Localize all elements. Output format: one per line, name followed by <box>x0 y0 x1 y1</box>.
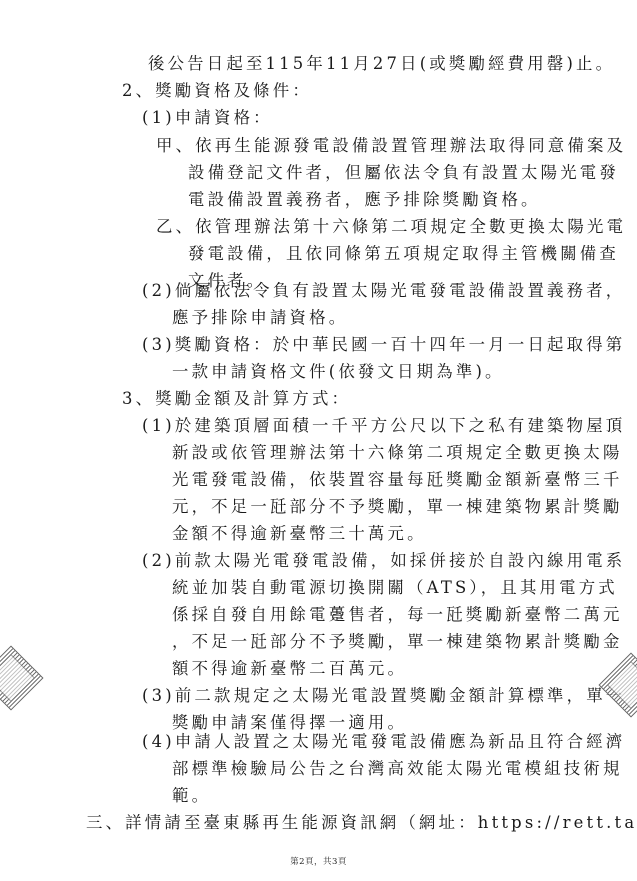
text-line: 甲、依再生能源發電設備設置管理辦法取得同意備案及 <box>156 136 626 156</box>
text-line: 獎勵申請案僅得擇一適用。 <box>172 713 407 733</box>
text-line: 額不得逾新臺幣二百萬元。 <box>172 659 407 679</box>
text-line: (2)倘屬依法令負有設置太陽光電發電設備設置義務者， <box>142 281 625 301</box>
text-line: (3)前二款規定之太陽光電設置獎勵金額計算標準，單一 <box>142 686 625 706</box>
text-line: 3、獎勵金額及計算方式： <box>122 389 351 409</box>
text-line: 發電設備，且依同條第五項規定取得主管機關備查 <box>188 244 619 264</box>
text-line: 範。 <box>172 786 211 806</box>
text-line: (4)申請人設置之太陽光電發電設備應為新品且符合經濟 <box>142 732 625 752</box>
text-line: (3)獎勵資格：於中華民國一百十四年一月一日起取得第 <box>142 335 625 355</box>
text-line: 金額不得逾新臺幣三十萬元。 <box>172 524 427 544</box>
text-line: 一款申請資格文件(依發文日期為準)。 <box>172 362 505 382</box>
text-line: 設備登記文件者，但屬依法令負有設置太陽光電發 <box>188 163 619 183</box>
seal-stamp-right <box>598 652 637 717</box>
text-line: 統並加裝自動電源切換開關（ATS），且其用電方式 <box>172 578 618 598</box>
text-line: 元，不足一瓩部分不予獎勵，單一棟建築物累計獎勵 <box>172 497 623 517</box>
page-number: 第2頁，共3頁 <box>0 855 637 867</box>
text-line: 係採自發自用餘電躉售者，每一瓩獎勵新臺幣二萬元 <box>172 605 623 625</box>
text-line: 電設備設置義務者，應予排除獎勵資格。 <box>188 190 541 210</box>
text-line: 後公告日起至115年11月27日(或獎勵經費用罄)止。 <box>148 54 615 74</box>
text-line: 部標準檢驗局公告之台灣高效能太陽光電模組技術規 <box>172 759 623 779</box>
text-line: 三、詳情請至臺東縣再生能源資訊網（網址：https://rett.taitung… <box>86 813 637 833</box>
text-line: (2)前款太陽光電發電設備，如採併接於自設內線用電系 <box>142 551 625 571</box>
text-line: 光電發電設備，依裝置容量每瓩獎勵金額新臺幣三千 <box>172 470 623 490</box>
text-line: (1)於建築頂層面積一千平方公尺以下之私有建築物屋頂 <box>142 416 625 436</box>
text-line: (1)申請資格： <box>142 108 273 128</box>
text-line: 2、獎勵資格及條件： <box>122 81 312 101</box>
seal-stamp-left <box>0 645 44 710</box>
text-line: 乙、依管理辦法第十六條第二項規定全數更換太陽光電 <box>156 217 626 237</box>
text-line: ，不足一瓩部分不予獎勵，單一棟建築物累計獎勵金 <box>172 632 623 652</box>
text-line: 應予排除申請資格。 <box>172 308 348 328</box>
text-line: 新設或依管理辦法第十六條第二項規定全數更換太陽 <box>172 443 623 463</box>
